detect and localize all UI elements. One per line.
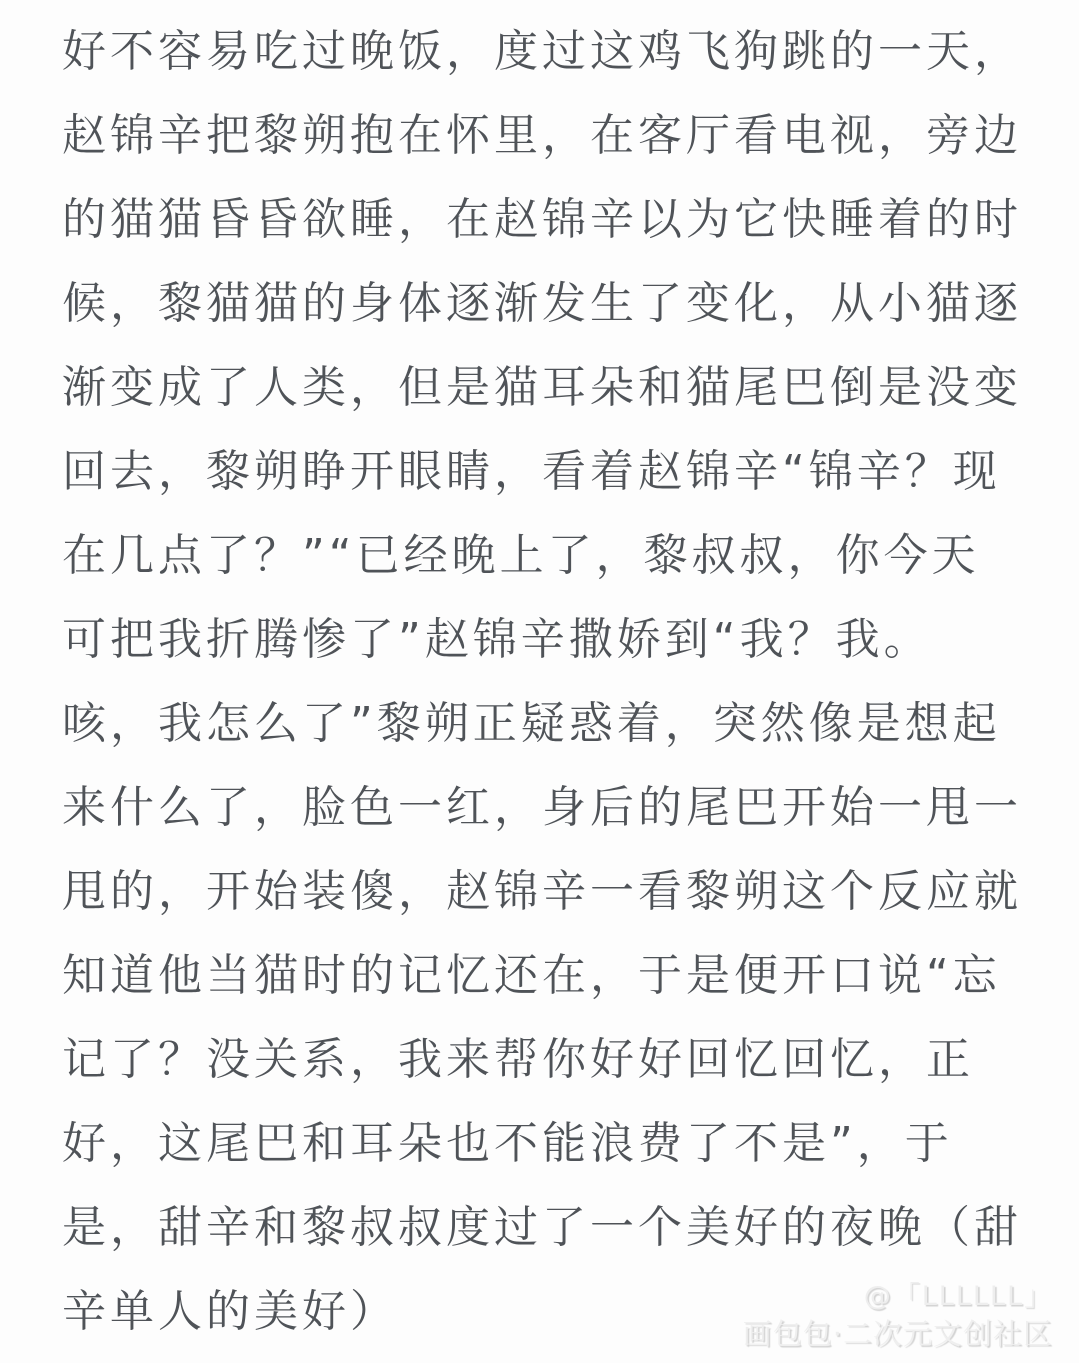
text-line: 候，黎猫猫的身体逐渐发生了变化，从小猫逐 [62, 262, 1037, 346]
text-line: 来什么了，脸色一红，身后的尾巴开始一甩一 [62, 766, 1037, 850]
text-line: 在几点了？”“已经晚上了，黎叔叔，你今天 [62, 514, 1037, 598]
watermark-author-handle: @「LLLLLL」 [743, 1283, 1053, 1310]
text-line: 渐变成了人类，但是猫耳朵和猫尾巴倒是没变 [62, 346, 1037, 430]
watermark: @「LLLLLL」 画包包·二次元文创社区 [743, 1283, 1053, 1349]
text-line: 赵锦辛把黎朔抱在怀里，在客厅看电视，旁边 [62, 94, 1037, 178]
text-line: 回去，黎朔睁开眼睛，看着赵锦辛“锦辛？现 [62, 430, 1037, 514]
text-line: 是，甜辛和黎叔叔度过了一个美好的夜晚（甜 [62, 1186, 1037, 1270]
watermark-site-name: 画包包·二次元文创社区 [743, 1320, 1053, 1349]
text-line: 可把我折腾惨了”赵锦辛撒娇到“我？我。 [62, 598, 1037, 682]
text-line: 好不容易吃过晚饭，度过这鸡飞狗跳的一天， [62, 10, 1037, 94]
text-line: 甩的，开始装傻，赵锦辛一看黎朔这个反应就 [62, 850, 1037, 934]
story-text: 好不容易吃过晚饭，度过这鸡飞狗跳的一天， 赵锦辛把黎朔抱在怀里，在客厅看电视，旁… [62, 10, 1037, 1354]
text-line: 的猫猫昏昏欲睡，在赵锦辛以为它快睡着的时 [62, 178, 1037, 262]
story-page: 好不容易吃过晚饭，度过这鸡飞狗跳的一天， 赵锦辛把黎朔抱在怀里，在客厅看电视，旁… [0, 0, 1079, 1363]
text-line: 好，这尾巴和耳朵也不能浪费了不是”，于 [62, 1102, 1037, 1186]
text-line: 记了？没关系，我来帮你好好回忆回忆，正 [62, 1018, 1037, 1102]
text-line: 咳，我怎么了”黎朔正疑惑着，突然像是想起 [62, 682, 1037, 766]
text-line: 知道他当猫时的记忆还在，于是便开口说“忘 [62, 934, 1037, 1018]
